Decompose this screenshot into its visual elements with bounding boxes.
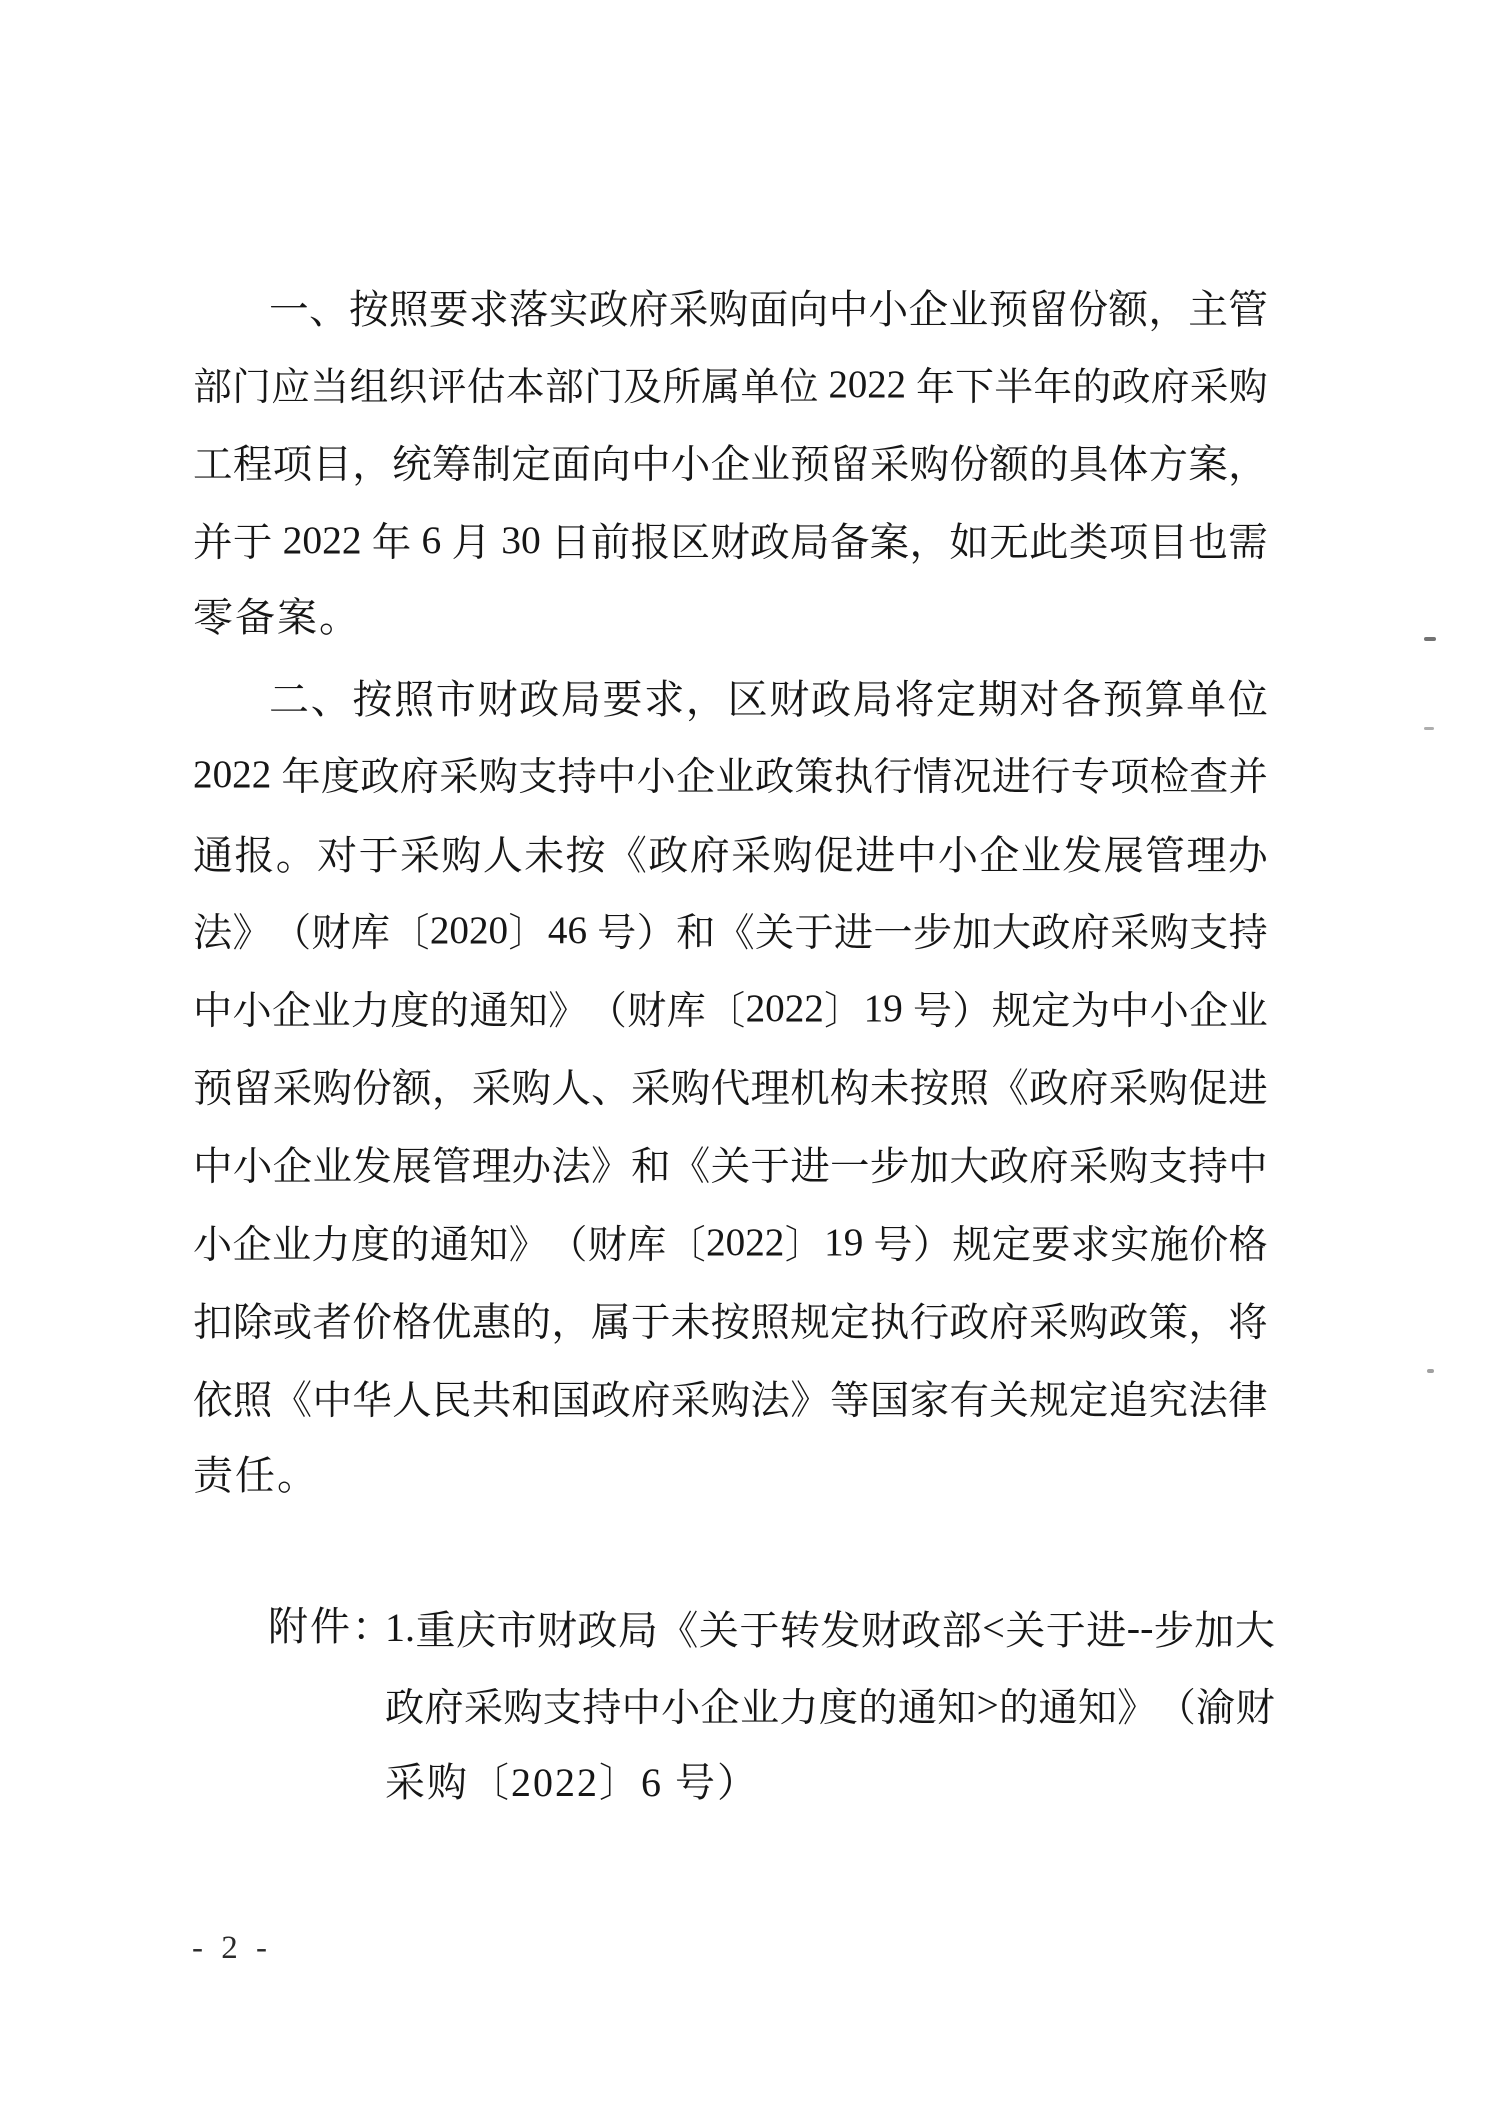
paragraph-2-line-7: 中小企业发展管理办法》和《关于进一步加大政府采购支持中	[193, 1125, 1268, 1203]
scan-speck	[1427, 1369, 1434, 1373]
page-number: - 2 -	[192, 1930, 267, 1967]
paragraph-2-line-1: 二、按照市财政局要求，区财政局将定期对各预算单位	[269, 657, 1268, 735]
paragraph-1-line-1: 一、按照要求落实政府采购面向中小企业预留份额，主管	[269, 267, 1268, 345]
paragraph-2-line-3: 通报。对于采购人未按《政府采购促进中小企业发展管理办	[193, 813, 1268, 891]
paragraph-1-line-5: 零备案。	[193, 579, 1268, 657]
scanned-document-page: 一、按照要求落实政府采购面向中小企业预留份额，主管部门应当组织评估本部门及所属单…	[0, 0, 1487, 2105]
paragraph-2-line-9: 扣除或者价格优惠的，属于未按照规定执行政府采购政策，将	[193, 1281, 1268, 1359]
document-body: 一、按照要求落实政府采购面向中小企业预留份额，主管部门应当组织评估本部门及所属单…	[193, 267, 1268, 1822]
paragraph-2-line-10: 依照《中华人民共和国政府采购法》等国家有关规定追究法律	[193, 1359, 1268, 1437]
scan-speck	[1424, 637, 1436, 641]
paragraph-2-line-2: 2022 年度政府采购支持中小企业政策执行情况进行专项检查并	[193, 735, 1268, 813]
paragraph-2-line-8: 小企业力度的通知》（财库〔2022〕19 号）规定要求实施价格	[193, 1203, 1268, 1281]
paragraph-2-line-5: 中小企业力度的通知》（财库〔2022〕19 号）规定为中小企业	[193, 969, 1268, 1047]
paragraphs: 一、按照要求落实政府采购面向中小企业预留份额，主管部门应当组织评估本部门及所属单…	[193, 267, 1268, 1515]
attachment-block: 附件： 1.重庆市财政局《关于转发财政部<关于进--步加大政府采购支持中小企业力…	[193, 1588, 1268, 1822]
paragraph-2-line-11: 责任。	[193, 1437, 1268, 1515]
paragraph-2-line-4: 法》（财库〔2020〕46 号）和《关于进一步加大政府采购支持	[193, 891, 1268, 969]
paragraph-1-line-3: 工程项目，统筹制定面向中小企业预留采购份额的具体方案，	[193, 423, 1268, 501]
attachment-line-3: 采购〔2022〕6 号）	[385, 1744, 1275, 1822]
paragraph-2-line-6: 预留采购份额，采购人、采购代理机构未按照《政府采购促进	[193, 1047, 1268, 1125]
attachment-line-1: 1.重庆市财政局《关于转发财政部<关于进--步加大	[385, 1588, 1275, 1666]
scan-speck	[1424, 727, 1434, 730]
attachment-lines: 1.重庆市财政局《关于转发财政部<关于进--步加大政府采购支持中小企业力度的通知…	[385, 1588, 1275, 1822]
paragraph-1-line-4: 并于 2022 年 6 月 30 日前报区财政局备案，如无此类项目也需	[193, 501, 1268, 579]
paragraph-1-line-2: 部门应当组织评估本部门及所属单位 2022 年下半年的政府采购	[193, 345, 1268, 423]
attachment-label: 附件：	[268, 1588, 394, 1666]
attachment-line-2: 政府采购支持中小企业力度的通知>的通知》（渝财	[385, 1666, 1275, 1744]
